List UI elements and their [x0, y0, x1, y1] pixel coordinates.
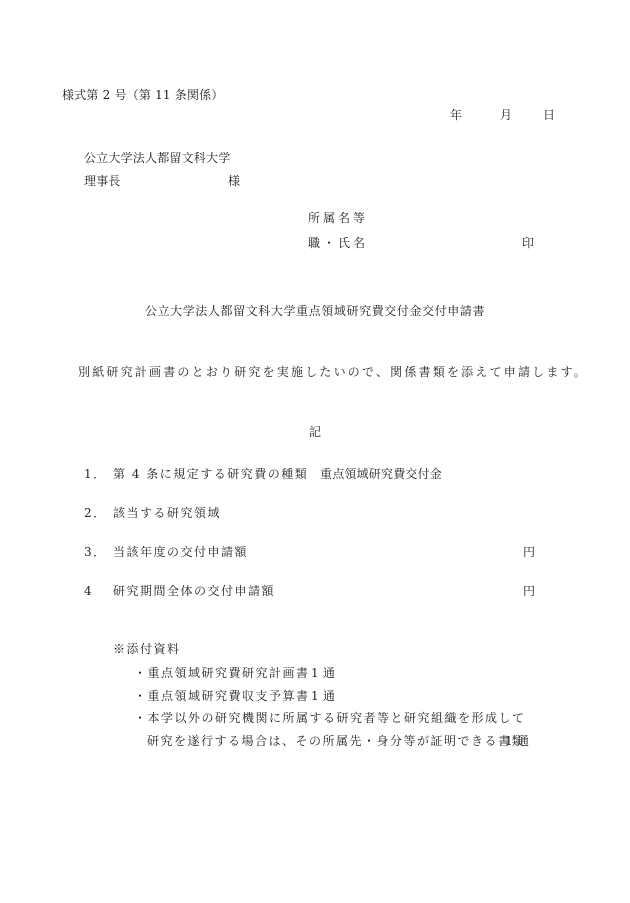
attachment-item-3-count: 1 通	[505, 734, 529, 748]
date-day-label: 日	[543, 108, 555, 122]
date-year-label: 年	[450, 108, 462, 122]
application-form-page: 様式第 2 号（第 11 条関係） 年 月 日 公立大学法人都留文科大学 理事長…	[0, 0, 630, 903]
recipient-post: 理事長	[84, 174, 121, 188]
recipient-organization: 公立大学法人都留文科大学	[84, 151, 230, 165]
seal-label: 印	[522, 236, 534, 250]
body-text: 別紙研究計画書のとおり研究を実施したいので、関係書類を添えて申請します。	[78, 365, 588, 379]
item-2-label: 該当する研究領域	[113, 506, 221, 520]
item-1-label: 第 4 条に規定する研究費の種類	[113, 467, 308, 481]
item-4-label: 研究期間全体の交付申請額	[113, 584, 275, 598]
item-3-unit: 円	[523, 545, 535, 559]
attachment-item-2-count: 1 通	[311, 689, 335, 703]
item-3-label: 当該年度の交付申請額	[113, 545, 248, 559]
item-3-number: 3．	[84, 545, 107, 559]
name-label: 職・氏名	[308, 236, 368, 250]
attachment-item-3-line-2: 研究を遂行する場合は、その所属先・身分等が証明できる書類	[147, 734, 525, 748]
attachment-item-1: ・重点領域研究費研究計画書	[134, 666, 310, 680]
form-number: 様式第 2 号（第 11 条関係）	[62, 88, 224, 102]
document-title: 公立大学法人都留文科大学重点領域研究費交付金交付申請書	[0, 304, 630, 318]
attachment-item-1-count: 1 通	[311, 666, 335, 680]
date-month-label: 月	[500, 108, 512, 122]
item-1-value: 重点領域研究費交付金	[320, 467, 442, 481]
affiliation-label: 所属名等	[308, 211, 368, 225]
recipient-honorific: 様	[228, 174, 240, 188]
item-2-number: 2．	[84, 506, 107, 520]
item-4-number: 4	[84, 584, 93, 598]
attachment-item-3-line-1: ・本学以外の研究機関に所属する研究者等と研究組織を形成して	[134, 711, 526, 725]
item-4-unit: 円	[523, 584, 535, 598]
record-marker: 記	[0, 425, 630, 439]
attachment-item-2: ・重点領域研究費収支予算書	[134, 689, 310, 703]
item-1-number: 1．	[84, 467, 107, 481]
attachments-heading: ※添付資料	[113, 642, 181, 656]
